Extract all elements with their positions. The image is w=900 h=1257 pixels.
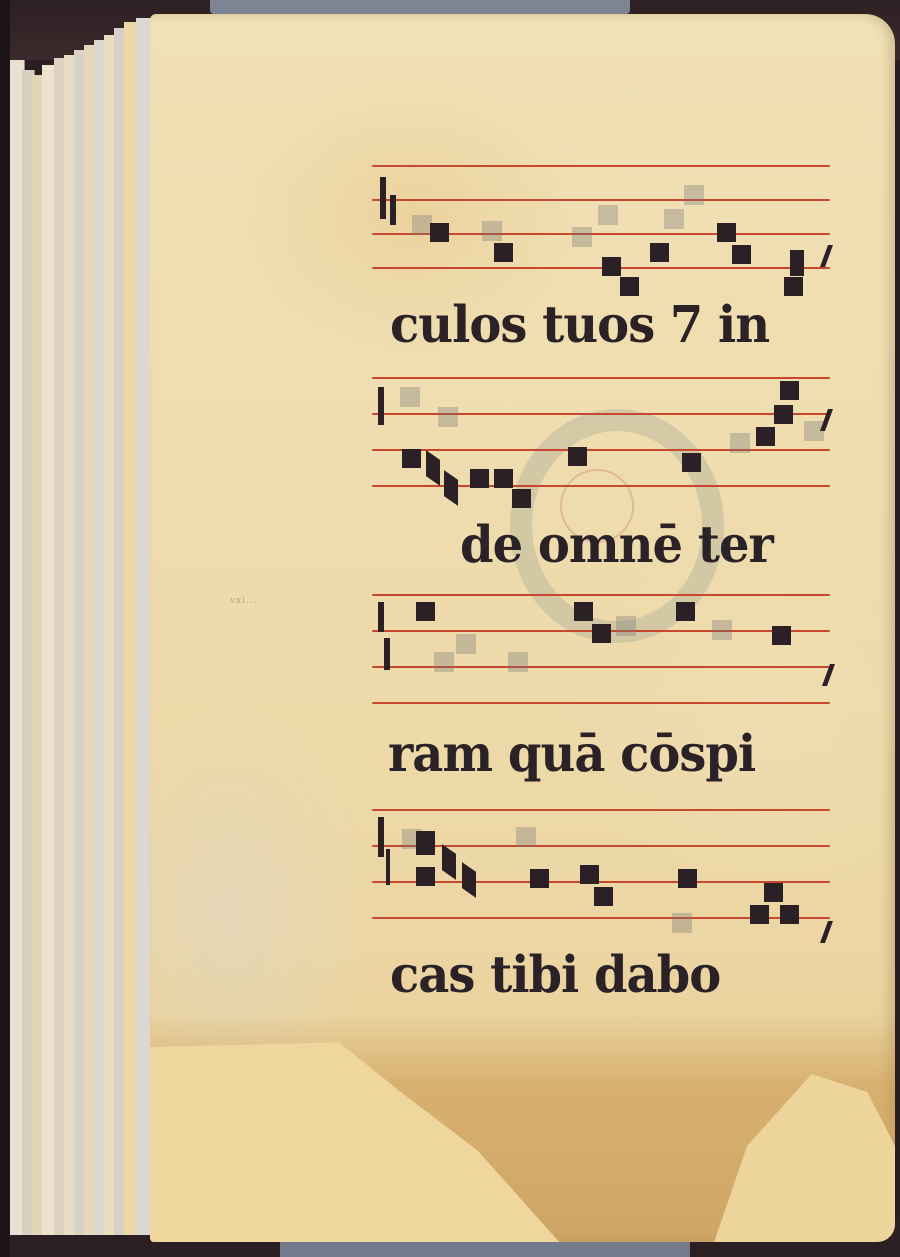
show-through-note — [438, 407, 458, 427]
show-through-note — [516, 827, 536, 847]
staff-line — [372, 165, 830, 167]
show-through-note — [456, 634, 476, 654]
staff-3 — [372, 594, 830, 702]
staff-1 — [372, 165, 830, 273]
custos-icon — [820, 921, 833, 943]
lyric-line-3: ram quā cōspi — [388, 725, 755, 784]
manuscript-page: vxi... culos tuo — [150, 14, 895, 1242]
c-clef-icon — [380, 177, 386, 219]
square-note — [494, 243, 513, 262]
square-note — [774, 405, 793, 424]
square-note — [750, 905, 769, 924]
square-note — [430, 223, 449, 242]
square-note — [732, 245, 751, 264]
rhombus-note — [462, 862, 476, 898]
staff-line — [372, 702, 830, 704]
rhombus-note — [444, 470, 458, 506]
show-through-note — [400, 387, 420, 407]
show-through-note — [664, 209, 684, 229]
square-note — [620, 277, 639, 296]
square-note — [592, 624, 611, 643]
square-note — [416, 831, 435, 855]
square-note — [678, 869, 697, 888]
show-through-note — [616, 616, 636, 636]
custos-icon — [820, 245, 833, 267]
square-note — [764, 883, 783, 902]
staff-4 — [372, 809, 830, 917]
show-through-note — [598, 205, 618, 225]
folio-mark: vxi... — [230, 596, 258, 606]
square-note — [580, 865, 599, 884]
c-clef-icon — [386, 849, 390, 885]
square-note — [494, 469, 513, 488]
rhombus-note — [442, 844, 456, 880]
leaf — [136, 18, 151, 1235]
square-note — [470, 469, 489, 488]
show-through-note — [730, 433, 750, 453]
show-through-note — [482, 221, 502, 241]
square-note — [574, 602, 593, 621]
staff-line — [372, 199, 830, 201]
square-note — [772, 626, 791, 645]
rhombus-note — [426, 450, 440, 486]
show-through-note — [804, 421, 824, 441]
manuscript-photo: vxi... culos tuo — [0, 0, 900, 1257]
square-note — [416, 602, 435, 621]
show-through-note — [434, 652, 454, 672]
show-through-note — [412, 215, 432, 235]
lyric-line-2: de omnē ter — [460, 516, 773, 575]
lyric-line-4: cas tibi dabo — [390, 946, 720, 1005]
c-clef-icon — [378, 602, 384, 632]
show-through-note — [712, 620, 732, 640]
square-note — [780, 381, 799, 400]
square-note — [512, 489, 531, 508]
square-note — [402, 449, 421, 468]
staff-line — [372, 485, 830, 487]
c-clef-icon — [378, 817, 384, 857]
background-left-edge — [0, 0, 10, 1257]
c-clef-icon — [378, 387, 384, 425]
staff-line — [372, 809, 830, 811]
square-note — [650, 243, 669, 262]
square-note — [682, 453, 701, 472]
staff-line — [372, 449, 830, 451]
lyric-line-1: culos tuos 7 in — [390, 296, 769, 355]
square-note — [784, 277, 803, 296]
staff-line — [372, 377, 830, 379]
staff-line — [372, 881, 830, 883]
show-through-note — [572, 227, 592, 247]
square-note — [602, 257, 621, 276]
staff-2 — [372, 377, 830, 485]
c-clef-icon — [384, 638, 390, 670]
square-note — [530, 869, 549, 888]
page-stack-fore-edge — [10, 50, 160, 1235]
staff-line — [372, 845, 830, 847]
square-note — [676, 602, 695, 621]
square-note — [717, 223, 736, 242]
staff-line — [372, 594, 830, 596]
square-note — [780, 905, 799, 924]
square-note — [416, 867, 435, 886]
staff-line — [372, 267, 830, 269]
show-through-note — [684, 185, 704, 205]
show-through-note — [672, 913, 692, 933]
support-strip-top — [210, 0, 630, 14]
square-note — [568, 447, 587, 466]
c-clef-icon — [390, 195, 396, 225]
show-through-note — [508, 652, 528, 672]
square-note — [756, 427, 775, 446]
square-note — [790, 250, 804, 276]
square-note — [594, 887, 613, 906]
